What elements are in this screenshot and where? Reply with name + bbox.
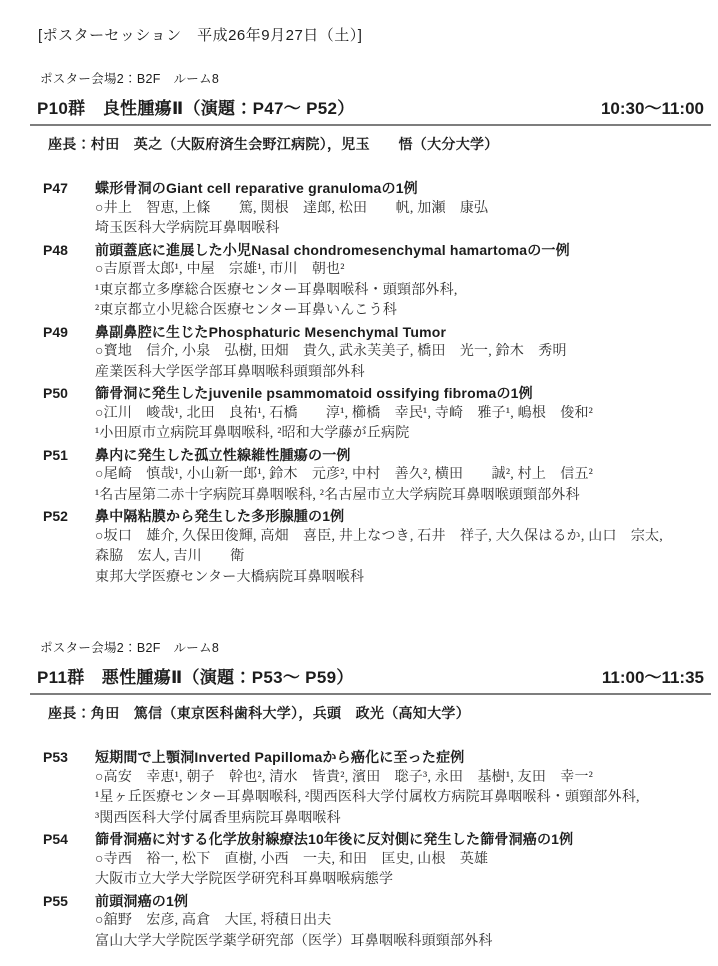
authors-line: ○江川 峻哉¹, 北田 良祐¹, 石橋 淳¹, 櫛橋 幸民¹, 寺崎 雅子¹, …	[95, 404, 711, 425]
presentation-body: 短期間で上顎洞Inverted Papillomaから癌化に至った症例 ○高安 …	[95, 747, 711, 829]
session-title-row: P10群 良性腫瘍Ⅱ（演題：P47〜 P52） 10:30〜11:00	[30, 94, 711, 126]
session-block: ポスター会場2：B2F ルーム8 P10群 良性腫瘍Ⅱ（演題：P47〜 P52）…	[30, 69, 711, 588]
presentation-number: P51	[30, 445, 95, 507]
session-title: P11群 悪性腫瘍Ⅱ（演題：P53〜 P59）	[30, 663, 354, 688]
presentation-list: P53 短期間で上顎洞Inverted Papillomaから癌化に至った症例 …	[30, 747, 711, 952]
authors-line: ○吉原晋太郎¹, 中屋 宗雄¹, 市川 朝也²	[95, 260, 711, 281]
presentation-title: 篩骨洞癌に対する化学放射線療法10年後に反対側に発生した篩骨洞癌の1例	[95, 829, 711, 850]
presentation-item: P50 篩骨洞に発生したjuvenile psammomatoid ossify…	[30, 383, 711, 445]
session-venue: ポスター会場2：B2F ルーム8	[40, 69, 711, 87]
authors-line: ○坂口 雄介, 久保田俊輝, 高畑 喜臣, 井上なつき, 石井 祥子, 大久保は…	[95, 527, 711, 548]
affiliation-line: ¹東京都立多摩総合医療センター耳鼻咽喉科・頭頸部外科,	[95, 281, 711, 302]
presentation-item: P47 蝶形骨洞のGiant cell reparative granuloma…	[30, 178, 711, 240]
affiliation-line: ²東京都立小児総合医療センター耳鼻いんこう科	[95, 301, 711, 322]
presentation-number: P48	[30, 240, 95, 322]
presentation-title: 前頭洞癌の1例	[95, 891, 711, 912]
authors-line: ○舘野 宏彦, 高倉 大匡, 将積日出夫	[95, 911, 711, 932]
affiliation-line: 富山大学大学院医学薬学研究部（医学）耳鼻咽喉科頭頸部外科	[95, 932, 711, 953]
session-time: 10:30〜11:00	[601, 94, 711, 119]
affiliation-line: ³関西医科大学付属香里病院耳鼻咽喉科	[95, 809, 711, 830]
presentation-title: 短期間で上顎洞Inverted Papillomaから癌化に至った症例	[95, 747, 711, 768]
presentation-title: 蝶形骨洞のGiant cell reparative granulomaの1例	[95, 178, 711, 199]
presentation-body: 鼻中隔粘膜から発生した多形腺腫の1例 ○坂口 雄介, 久保田俊輝, 高畑 喜臣,…	[95, 506, 711, 588]
presentation-item: P53 短期間で上顎洞Inverted Papillomaから癌化に至った症例 …	[30, 747, 711, 829]
presentation-number: P50	[30, 383, 95, 445]
presentation-title: 鼻内に発生した孤立性線維性腫瘍の一例	[95, 445, 711, 466]
presentation-body: 蝶形骨洞のGiant cell reparative granulomaの1例 …	[95, 178, 711, 240]
presentation-title: 篩骨洞に発生したjuvenile psammomatoid ossifying …	[95, 383, 711, 404]
session-chairs: 座長：村田 英之（大阪府済生会野江病院），児玉 悟（大分大学）	[30, 126, 711, 154]
affiliation-line: 東邦大学医療センター大橋病院耳鼻咽喉科	[95, 568, 711, 589]
authors-line: ○寳地 信介, 小泉 弘樹, 田畑 貴久, 武永芙美子, 橋田 光一, 鈴木 秀…	[95, 342, 711, 363]
presentation-list: P47 蝶形骨洞のGiant cell reparative granuloma…	[30, 178, 711, 588]
presentation-number: P55	[30, 891, 95, 953]
affiliation-line: ¹小田原市立病院耳鼻咽喉科, ²昭和大学藤が丘病院	[95, 424, 711, 445]
authors-line: ○井上 智恵, 上條 篤, 関根 達郎, 松田 帆, 加瀬 康弘	[95, 199, 711, 220]
program-page: [ポスターセッション 平成26年9月27日（土）] ポスター会場2：B2F ルー…	[0, 0, 718, 966]
affiliation-line: ¹星ヶ丘医療センター耳鼻咽喉科, ²関西医科大学付属枚方病院耳鼻咽喉科・頭頸部外…	[95, 788, 711, 809]
presentation-item: P52 鼻中隔粘膜から発生した多形腺腫の1例 ○坂口 雄介, 久保田俊輝, 高畑…	[30, 506, 711, 588]
session-venue: ポスター会場2：B2F ルーム8	[40, 638, 711, 656]
presentation-body: 鼻副鼻腔に生じたPhosphaturic Mesenchymal Tumor ○…	[95, 322, 711, 384]
session-time: 11:00〜11:35	[602, 663, 711, 688]
presentation-title: 鼻副鼻腔に生じたPhosphaturic Mesenchymal Tumor	[95, 322, 711, 343]
presentation-title: 前頭蓋底に進展した小児Nasal chondromesenchymal hama…	[95, 240, 711, 261]
session-title-row: P11群 悪性腫瘍Ⅱ（演題：P53〜 P59） 11:00〜11:35	[30, 663, 711, 695]
presentation-number: P53	[30, 747, 95, 829]
affiliation-line: ¹名古屋第二赤十字病院耳鼻咽喉科, ²名古屋市立大学病院耳鼻咽喉頭頸部外科	[95, 486, 711, 507]
authors-line: ○寺西 裕一, 松下 直樹, 小西 一夫, 和田 匡史, 山根 英雄	[95, 850, 711, 871]
affiliation-line: 埼玉医科大学病院耳鼻咽喉科	[95, 219, 711, 240]
authors-line: ○尾崎 慎哉¹, 小山新一郎¹, 鈴木 元彦², 中村 善久², 横田 誠², …	[95, 465, 711, 486]
affiliation-line: 大阪市立大学大学院医学研究科耳鼻咽喉病態学	[95, 870, 711, 891]
presentation-body: 前頭蓋底に進展した小児Nasal chondromesenchymal hama…	[95, 240, 711, 322]
presentation-body: 篩骨洞癌に対する化学放射線療法10年後に反対側に発生した篩骨洞癌の1例 ○寺西 …	[95, 829, 711, 891]
presentation-item: P54 篩骨洞癌に対する化学放射線療法10年後に反対側に発生した篩骨洞癌の1例 …	[30, 829, 711, 891]
presentation-body: 篩骨洞に発生したjuvenile psammomatoid ossifying …	[95, 383, 711, 445]
presentation-item: P51 鼻内に発生した孤立性線維性腫瘍の一例 ○尾崎 慎哉¹, 小山新一郎¹, …	[30, 445, 711, 507]
presentation-item: P49 鼻副鼻腔に生じたPhosphaturic Mesenchymal Tum…	[30, 322, 711, 384]
session-chairs: 座長：角田 篤信（東京医科歯科大学），兵頭 政光（高知大学）	[30, 695, 711, 723]
presentation-body: 前頭洞癌の1例 ○舘野 宏彦, 高倉 大匡, 将積日出夫富山大学大学院医学薬学研…	[95, 891, 711, 953]
authors-line: ○高安 幸恵¹, 朝子 幹也², 清水 皆貴², 濱田 聡子³, 永田 基樹¹,…	[95, 768, 711, 789]
session-list: ポスター会場2：B2F ルーム8 P10群 良性腫瘍Ⅱ（演題：P47〜 P52）…	[30, 69, 711, 952]
presentation-number: P49	[30, 322, 95, 384]
session-block: ポスター会場2：B2F ルーム8 P11群 悪性腫瘍Ⅱ（演題：P53〜 P59）…	[30, 638, 711, 952]
presentation-number: P54	[30, 829, 95, 891]
presentation-item: P48 前頭蓋底に進展した小児Nasal chondromesenchymal …	[30, 240, 711, 322]
session-title: P10群 良性腫瘍Ⅱ（演題：P47〜 P52）	[30, 94, 355, 119]
page-title: [ポスターセッション 平成26年9月27日（土）]	[38, 24, 711, 45]
presentation-number: P52	[30, 506, 95, 588]
presentation-body: 鼻内に発生した孤立性線維性腫瘍の一例 ○尾崎 慎哉¹, 小山新一郎¹, 鈴木 元…	[95, 445, 711, 507]
presentation-number: P47	[30, 178, 95, 240]
presentation-item: P55 前頭洞癌の1例 ○舘野 宏彦, 高倉 大匡, 将積日出夫富山大学大学院医…	[30, 891, 711, 953]
affiliation-line: 産業医科大学医学部耳鼻咽喉科頭頸部外科	[95, 363, 711, 384]
presentation-title: 鼻中隔粘膜から発生した多形腺腫の1例	[95, 506, 711, 527]
authors-continued-line: 森脇 宏人, 吉川 衛	[95, 547, 711, 568]
